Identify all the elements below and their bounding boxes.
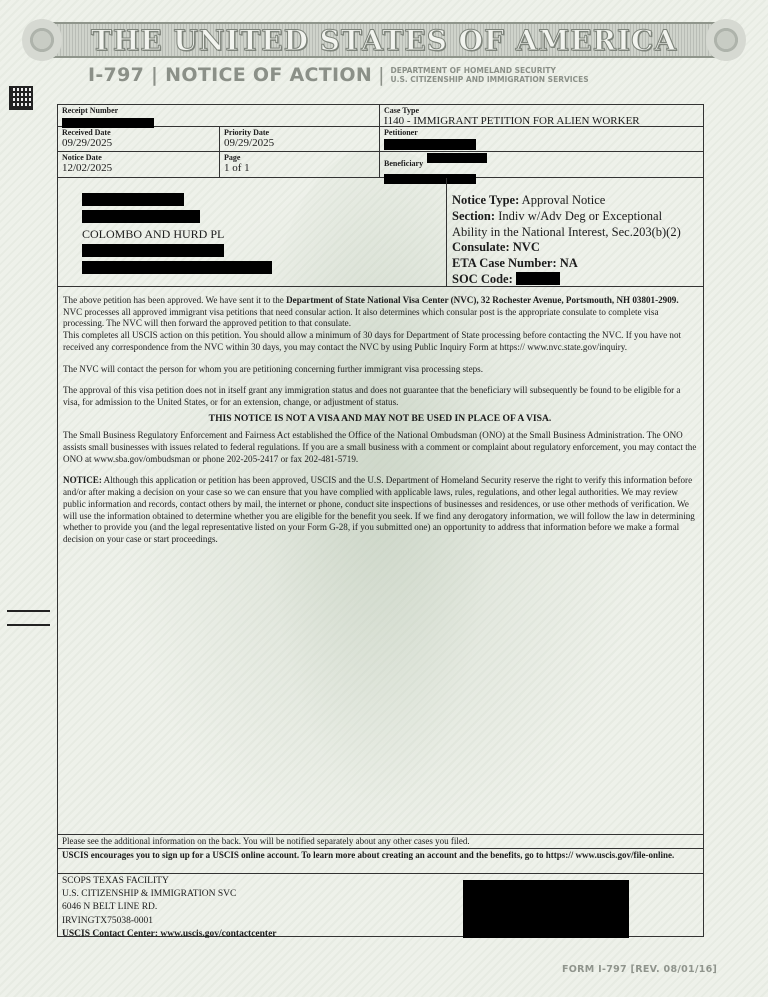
petitioner-cell: Petitioner: [380, 127, 703, 152]
not-a-visa-warning: THIS NOTICE IS NOT A VISA AND MAY NOT BE…: [63, 413, 697, 425]
received-date-value: 09/29/2025: [62, 137, 215, 149]
barcode-redacted: [463, 880, 629, 938]
form-revision: FORM I-797 [REV. 08/01/16]: [562, 964, 717, 975]
page-cell: Page 1 of 1: [220, 152, 380, 178]
case-type-cell: Case Type I140 - IMMIGRANT PETITION FOR …: [380, 105, 703, 127]
datamatrix-barcode-icon: [9, 86, 33, 110]
eta-value: NA: [560, 256, 578, 270]
online-account-row: USCIS encourages you to sign up for a US…: [58, 848, 703, 873]
notice-info: Notice Type: Approval Notice Section: In…: [452, 193, 681, 288]
form-heading: I-797 | NOTICE OF ACTION | DEPARTMENT OF…: [88, 64, 589, 86]
priority-date-value: 09/29/2025: [224, 137, 375, 149]
address-divider: [446, 178, 447, 287]
consulate-label: Consulate:: [452, 240, 510, 254]
page-label: Page: [224, 153, 375, 162]
address-redacted-3: [82, 244, 224, 257]
beneficiary-label: Beneficiary: [384, 159, 423, 168]
notice-body: The above petition has been approved. We…: [63, 295, 697, 556]
office-address-row: SCOPS TEXAS FACILITY U.S. CITIZENSHIP & …: [58, 873, 703, 936]
paragraph-text: NVC processes all approved immigrant vis…: [63, 307, 658, 329]
mailing-address: COLOMBO AND HURD PL: [82, 193, 272, 278]
paragraph-notice: NOTICE: Although this application or pet…: [63, 475, 697, 545]
banner-title: THE UNITED STATES OF AMERICA: [91, 24, 677, 57]
address-firm-name: COLOMBO AND HURD PL: [82, 227, 272, 241]
contact-center-text: USCIS Contact Center: www.uscis.gov/cont…: [62, 929, 277, 939]
notice-type-value: Approval Notice: [522, 193, 606, 207]
eta-label: ETA Case Number:: [452, 256, 557, 270]
paragraph-text: The above petition has been approved. We…: [63, 295, 286, 305]
agency-line-1: DEPARTMENT OF HOMELAND SECURITY: [391, 66, 556, 75]
address-redacted-2: [82, 210, 200, 223]
receipt-number-cell: Receipt Number: [58, 105, 380, 127]
section-value-cont: Ability in the National Interest, Sec.20…: [452, 225, 681, 241]
notice-date-cell: Notice Date 12/02/2025: [58, 152, 220, 178]
priority-date-cell: Priority Date 09/29/2025: [220, 127, 380, 152]
paragraph-text: Although this application or petition ha…: [63, 475, 695, 544]
beneficiary-redacted-1: [427, 153, 487, 163]
address-redacted-1: [82, 193, 184, 206]
notice-box: Receipt Number Case Type I140 - IMMIGRAN…: [57, 104, 704, 937]
case-type-label: Case Type: [384, 106, 699, 115]
notice-label: NOTICE:: [63, 475, 102, 485]
paragraph-nvc: The above petition has been approved. We…: [63, 295, 697, 354]
online-account-text: USCIS encourages you to sign up for a US…: [62, 850, 674, 860]
received-date-label: Received Date: [62, 128, 215, 137]
header-banner: THE UNITED STATES OF AMERICA: [22, 18, 746, 62]
soc-label: SOC Code:: [452, 272, 513, 286]
nvc-address: Department of State National Visa Center…: [286, 295, 679, 305]
section-value: Indiv w/Adv Deg or Exceptional: [498, 209, 662, 223]
additional-info-row: Please see the additional information on…: [58, 834, 703, 848]
agency-name: DEPARTMENT OF HOMELAND SECURITY U.S. CIT…: [391, 66, 589, 84]
consulate-value: NVC: [513, 240, 540, 254]
address-redacted-4: [82, 261, 272, 274]
paragraph-approval-disclaimer: The approval of this visa petition does …: [63, 385, 697, 408]
margin-mark: [7, 624, 50, 626]
additional-info-text: Please see the additional information on…: [62, 836, 470, 846]
agency-line-2: U.S. CITIZENSHIP AND IMMIGRATION SERVICE…: [391, 75, 589, 84]
separator: |: [378, 64, 384, 86]
petitioner-redacted: [384, 139, 476, 150]
notice-date-label: Notice Date: [62, 153, 215, 162]
notice-type-label: Notice Type:: [452, 193, 519, 207]
paragraph-text: This completes all USCIS action on this …: [63, 330, 681, 352]
case-type-value: I140 - IMMIGRANT PETITION FOR ALIEN WORK…: [384, 115, 699, 127]
paragraph-nvc-contact: The NVC will contact the person for whom…: [63, 364, 697, 376]
beneficiary-cell: Beneficiary: [380, 152, 703, 178]
rosette-left-icon: [22, 18, 62, 62]
section-label: Section:: [452, 209, 495, 223]
petitioner-label: Petitioner: [384, 128, 699, 137]
received-date-cell: Received Date 09/29/2025: [58, 127, 220, 152]
notice-date-value: 12/02/2025: [62, 162, 215, 174]
receipt-number-label: Receipt Number: [62, 106, 375, 115]
paragraph-ombudsman: The Small Business Regulatory Enforcemen…: [63, 430, 697, 465]
form-title: I-797 | NOTICE OF ACTION: [88, 64, 372, 86]
soc-code-redacted: [516, 272, 560, 285]
page-value: 1 of 1: [224, 162, 375, 174]
priority-date-label: Priority Date: [224, 128, 375, 137]
rosette-right-icon: [706, 18, 746, 62]
margin-mark: [7, 610, 50, 612]
